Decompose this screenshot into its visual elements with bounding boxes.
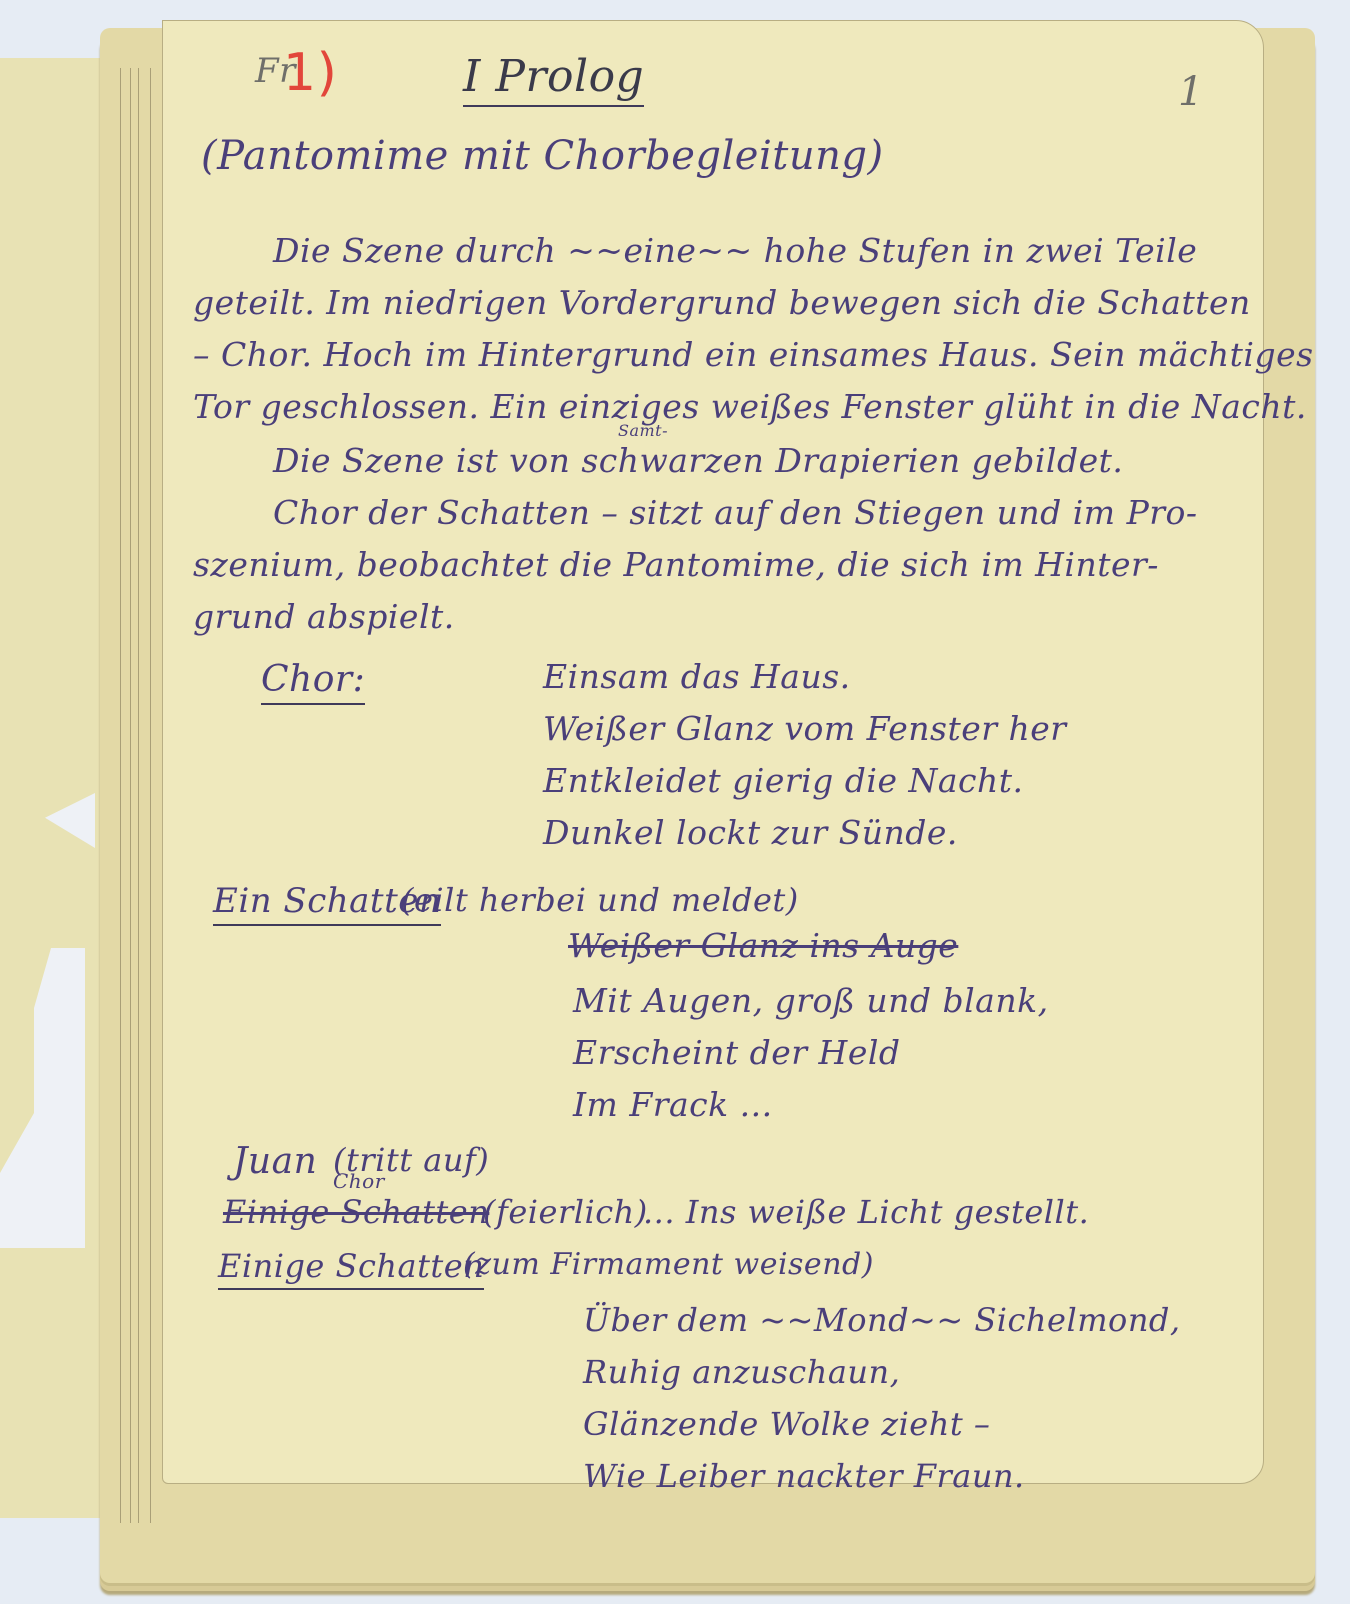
verse-line: Erscheint der Held	[573, 1033, 901, 1072]
direction-line: Tor geschlossen. Ein einziges weißes Fen…	[193, 387, 1307, 426]
verse-line: Weißer Glanz vom Fenster her	[543, 709, 1067, 748]
page-title: I Prolog	[463, 51, 644, 107]
insertion-above: Samt-	[618, 421, 668, 440]
manuscript-page: Fr 1) I Prolog 1 (Pantomime mit Chorbegl…	[162, 20, 1264, 1484]
speaker-chor: Chor:	[261, 659, 365, 705]
verse-line: ... Ins weiße Licht gestellt.	[643, 1193, 1089, 1231]
speaker-juan: Juan	[233, 1141, 317, 1182]
page-edge	[130, 68, 131, 1523]
verse-line: Dunkel lockt zur Sünde.	[543, 813, 958, 852]
direction-line: Die Szene ist von schwarzen Drapierien g…	[273, 441, 1123, 480]
page-edge	[120, 68, 121, 1523]
speaker-direction: (eilt herbei und meldet)	[401, 881, 799, 919]
direction-line: – Chor. Hoch im Hintergrund ein einsames…	[193, 335, 1314, 374]
page-number: 1	[1178, 69, 1204, 115]
verse-line: Glänzende Wolke zieht –	[583, 1405, 990, 1443]
speaker-einige-schatten: Einige Schatten	[218, 1247, 484, 1290]
cover-tear	[0, 948, 85, 1248]
speaker-direction: (feierlich)	[483, 1193, 648, 1231]
subtitle: (Pantomime mit Chorbegleitung)	[201, 133, 884, 179]
verse-line: Einsam das Haus.	[543, 657, 851, 696]
direction-line: Die Szene durch ~~eine~~ hohe Stufen in …	[273, 231, 1197, 270]
direction-line: szenium, beobachtet die Pantomime, die s…	[193, 545, 1159, 584]
verse-line: Entkleidet gierig die Nacht.	[543, 761, 1024, 800]
cover-tear	[45, 793, 95, 848]
verse-line: Über dem ~~Mond~~ Sichelmond,	[583, 1301, 1181, 1339]
inserted-speaker: Chor	[333, 1169, 385, 1193]
direction-line: geteilt. Im niedrigen Vordergrund bewege…	[193, 283, 1251, 322]
verse-line: Wie Leiber nackter Fraun.	[583, 1457, 1025, 1495]
verse-line: Mit Augen, groß und blank,	[573, 981, 1049, 1020]
page-edge	[150, 68, 151, 1523]
direction-line: grund abspielt.	[193, 597, 455, 636]
folder-cover	[0, 58, 102, 1518]
red-item-number: 1)	[283, 43, 337, 103]
speaker-direction: (zum Firmament weisend)	[463, 1247, 874, 1282]
verse-line: Ruhig anzuschaun,	[583, 1353, 900, 1391]
page-edge	[138, 68, 139, 1523]
struck-verse-line: Weißer Glanz ins Auge	[568, 926, 958, 965]
direction-line: Chor der Schatten – sitzt auf den Stiege…	[273, 493, 1198, 532]
verse-line: Im Frack ...	[573, 1085, 773, 1124]
struck-speaker: Einige Schatten	[223, 1193, 489, 1231]
